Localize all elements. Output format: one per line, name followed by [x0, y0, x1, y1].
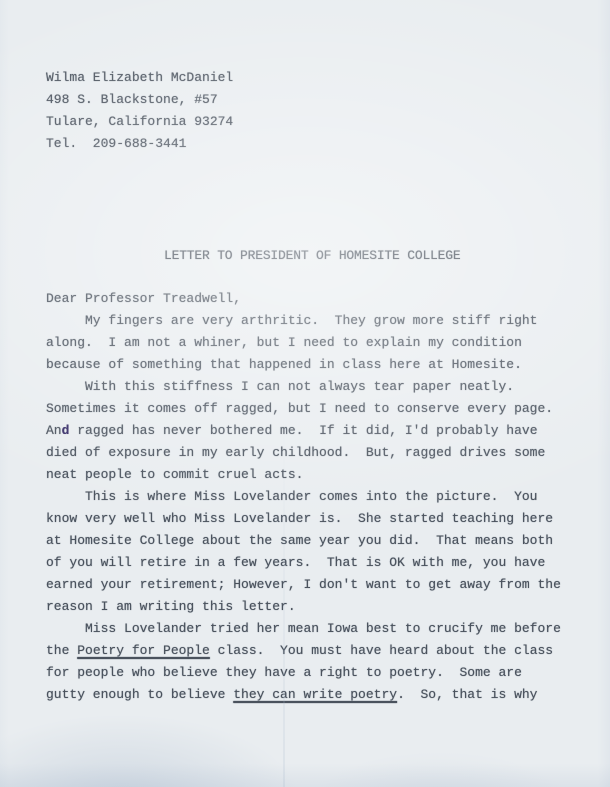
- letter-line: earned your retirement; However, I don't…: [46, 574, 561, 596]
- letter-line: Wilma Elizabeth McDaniel: [46, 67, 233, 89]
- typed-text: for people who believe they have a right…: [46, 665, 522, 680]
- letter-line: gutty enough to believe they can write p…: [46, 684, 561, 706]
- letter-line: This is where Miss Lovelander comes into…: [46, 486, 561, 508]
- typed-text: neat people to commit cruel acts.: [46, 467, 303, 482]
- typed-text: at Homesite College about the same year …: [46, 533, 553, 548]
- letter-title: LETTER TO PRESIDENT OF HOMESITE COLLEGE: [164, 245, 460, 267]
- typed-text: along. I am not a whiner, but I need to …: [46, 335, 522, 350]
- letter-line: because of something that happened in cl…: [46, 354, 561, 376]
- typed-text: Miss Lovelander tried her mean Iowa best…: [46, 621, 561, 636]
- typed-text: Sometimes it comes off ragged, but I nee…: [46, 401, 553, 416]
- typed-text: died of exposure in my early childhood. …: [46, 445, 545, 460]
- typed-text: the: [46, 643, 77, 658]
- underlined-text: they can write poetry: [233, 687, 397, 702]
- letter-line: And ragged has never bothered me. If it …: [46, 420, 561, 442]
- typed-text: gutty enough to believe: [46, 687, 233, 702]
- typed-text: reason I am writing this letter.: [46, 599, 296, 614]
- underlined-text: Poetry for People: [77, 643, 210, 658]
- typed-text: Tulare, California 93274: [46, 114, 233, 129]
- typed-text: earned your retirement; However, I don't…: [46, 577, 561, 592]
- typed-text: . So, that is why: [397, 687, 537, 702]
- typed-text: class. You must have heard about the cla…: [210, 643, 553, 658]
- typed-text: With this stiffness I can not always tea…: [46, 379, 514, 394]
- letter-line: Sometimes it comes off ragged, but I nee…: [46, 398, 561, 420]
- letter-line: With this stiffness I can not always tea…: [46, 376, 561, 398]
- typed-text: Wilma Elizabeth McDaniel: [46, 70, 233, 85]
- letter-line: My fingers are very arthritic. They grow…: [46, 310, 561, 332]
- typed-text: of you will retire in a few years. That …: [46, 555, 545, 570]
- letter-line: Dear Professor Treadwell,: [46, 288, 561, 310]
- letter-line: reason I am writing this letter.: [46, 596, 561, 618]
- typed-text: ragged has never bothered me. If it did,…: [69, 423, 537, 438]
- letter-line: for people who believe they have a right…: [46, 662, 561, 684]
- typed-text: because of something that happened in cl…: [46, 357, 522, 372]
- typed-text: Dear Professor Treadwell,: [46, 291, 241, 306]
- body-block: Dear Professor Treadwell, My fingers are…: [46, 288, 561, 706]
- letter-line: of you will retire in a few years. That …: [46, 552, 561, 574]
- letter-line: Miss Lovelander tried her mean Iowa best…: [46, 618, 561, 640]
- letter-line: know very well who Miss Lovelander is. S…: [46, 508, 561, 530]
- typed-text: Tel. 209-688-3441: [46, 136, 186, 151]
- letter-line: along. I am not a whiner, but I need to …: [46, 332, 561, 354]
- letter-line: at Homesite College about the same year …: [46, 530, 561, 552]
- typed-text: My fingers are very arthritic. They grow…: [46, 313, 537, 328]
- letter-line: Tulare, California 93274: [46, 111, 233, 133]
- letter-line: Tel. 209-688-3441: [46, 133, 233, 155]
- typed-text: know very well who Miss Lovelander is. S…: [46, 511, 553, 526]
- typed-text: 498 S. Blackstone, #57: [46, 92, 218, 107]
- typed-text: This is where Miss Lovelander comes into…: [46, 489, 537, 504]
- scanned-letter-page: Wilma Elizabeth McDaniel498 S. Blackston…: [0, 0, 610, 787]
- typed-text: An: [46, 423, 62, 438]
- letter-line: the Poetry for People class. You must ha…: [46, 640, 561, 662]
- letter-line: 498 S. Blackstone, #57: [46, 89, 233, 111]
- letter-line: died of exposure in my early childhood. …: [46, 442, 561, 464]
- sender-block: Wilma Elizabeth McDaniel498 S. Blackston…: [46, 67, 233, 155]
- letter-line: neat people to commit cruel acts.: [46, 464, 561, 486]
